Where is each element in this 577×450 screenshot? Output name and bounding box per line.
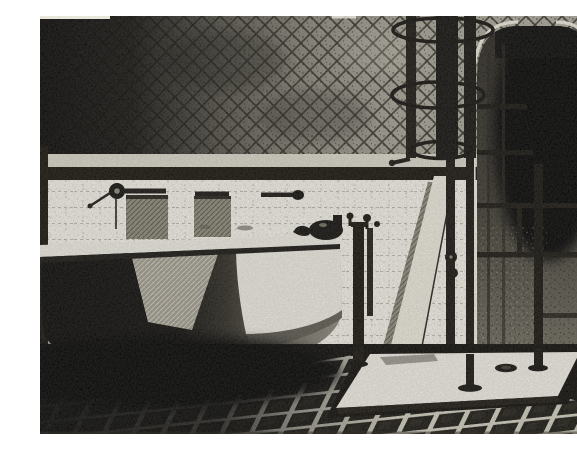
print-edge-nick — [40, 16, 110, 19]
halftone-grain — [40, 16, 577, 434]
bathroom-photo-canvas: Vintage bathroom with bathtub and ring s… — [40, 16, 577, 434]
print-edge-nick — [332, 16, 356, 19]
print-bottom-edge — [40, 432, 577, 435]
bathroom-photo: Vintage bathroom with bathtub and ring s… — [40, 16, 577, 434]
